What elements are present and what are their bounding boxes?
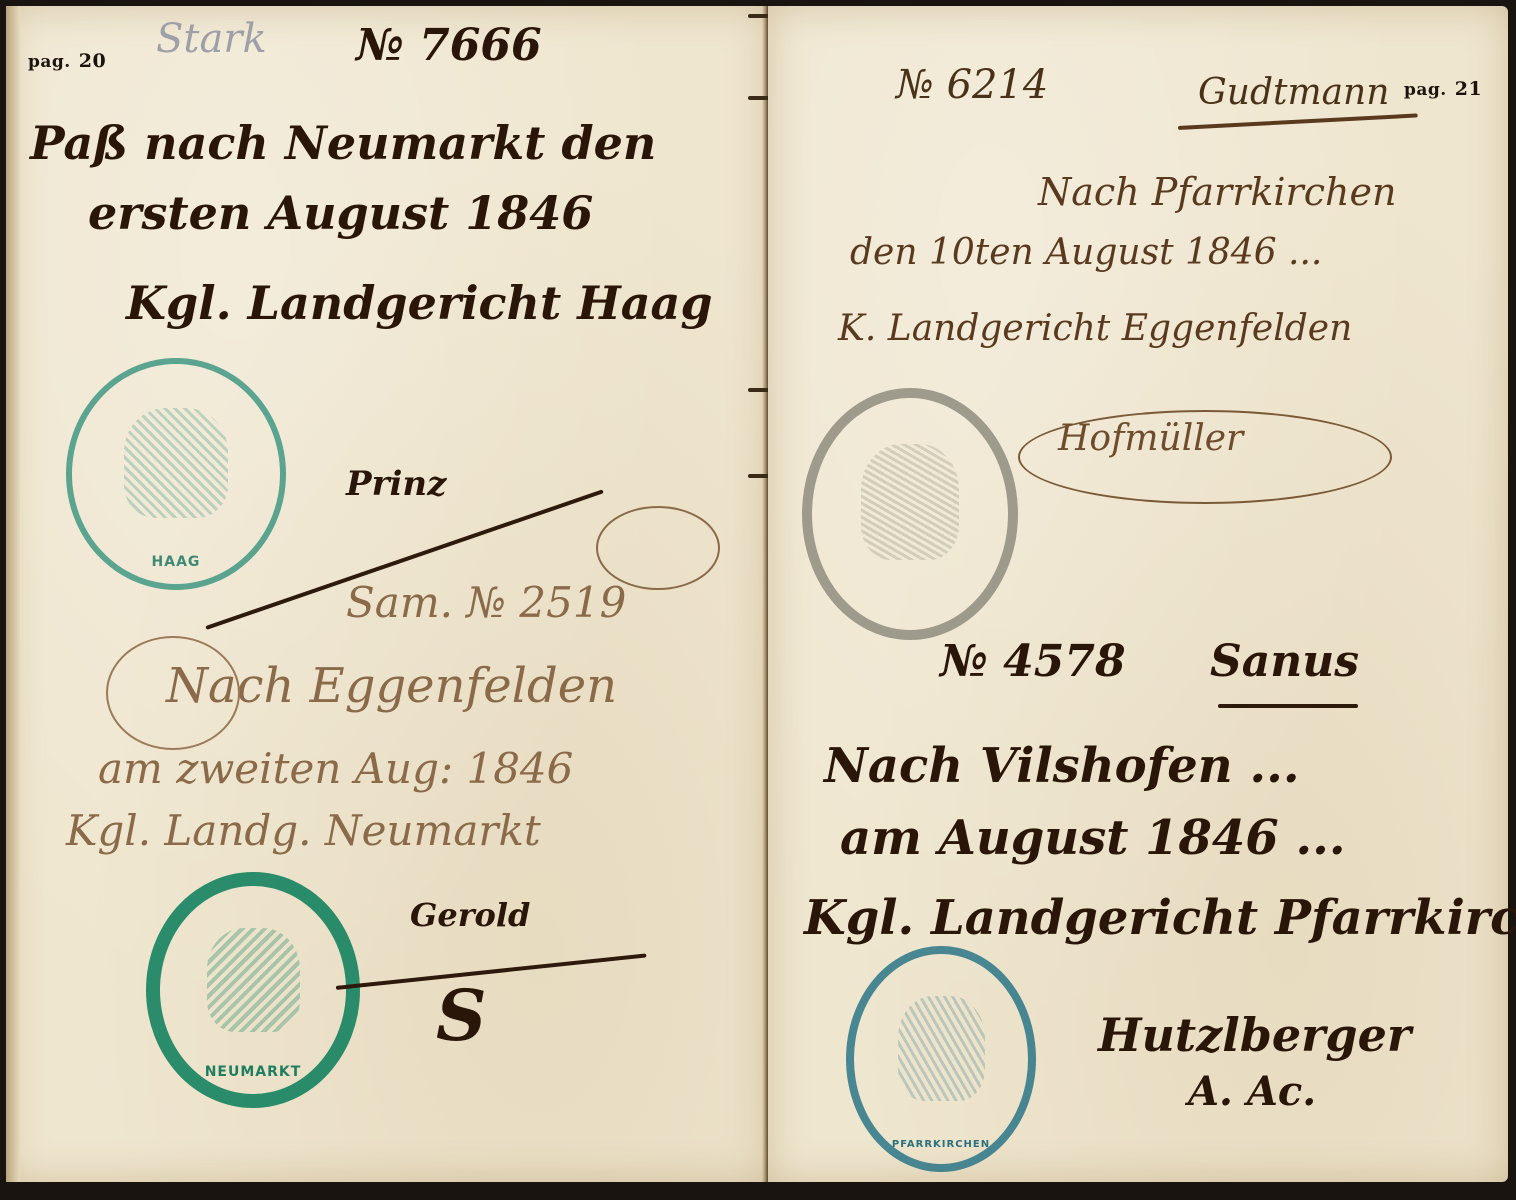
signature: Prinz [346, 464, 446, 504]
signature: Hofmüller [1058, 418, 1243, 459]
stamp-place: PFARRKIRCHEN [892, 1139, 990, 1150]
signature-flourish [336, 953, 647, 990]
name-underline [1178, 113, 1418, 130]
page-number: 21 [1455, 78, 1482, 100]
right-page: pag.21 № 6214 Gudtmann Nach Pfarrkirchen… [768, 6, 1508, 1182]
stamp-place: NEUMARKT [205, 1064, 302, 1080]
official-stamp: NEUMARKT [146, 872, 360, 1108]
stamp-place: HAAG [152, 554, 201, 570]
name-underline [1218, 704, 1358, 708]
entry-number: № 4578 [940, 636, 1126, 687]
entry-line: den 10ten August 1846 ... [850, 232, 1322, 273]
pencil-note: Stark [156, 16, 267, 62]
page-label: pag. [1404, 80, 1447, 100]
signature: Gerold [410, 896, 530, 934]
decorative-flourish [106, 636, 240, 750]
entry-name: Sanus [1210, 636, 1359, 687]
entry-line: K. Landgericht Eggenfelden [838, 308, 1352, 349]
entry-line: Nach Pfarrkirchen [1038, 170, 1396, 214]
page-number-left: pag.20 [28, 50, 106, 72]
entry-line: Kgl. Landg. Neumarkt [66, 806, 541, 855]
official-stamp: PFARRKIRCHEN [846, 946, 1036, 1172]
entry-line: Kgl. Landgericht Haag [126, 276, 713, 330]
coat-of-arms-icon [207, 928, 300, 1032]
official-stamp: HAAG [66, 358, 286, 590]
entry-line: Paß nach Neumarkt den [30, 116, 656, 170]
entry-line: ersten August 1846 [88, 186, 593, 240]
entry-line: Kgl. Landgericht Pfarrkirchen [804, 890, 1516, 946]
page-number: 20 [79, 50, 106, 72]
signature: Hutzlberger [1098, 1008, 1411, 1062]
coat-of-arms-icon [861, 444, 959, 560]
page-number-right: pag.21 [1404, 78, 1482, 100]
booklet-spread: pag.20 Stark № 7666 Paß nach Neumarkt de… [0, 0, 1516, 1200]
entry-number: Sam. № 2519 [346, 578, 626, 627]
entry-line: am August 1846 ... [840, 810, 1346, 866]
entry-number: № 7666 [356, 20, 542, 71]
signature-paraph: S [436, 974, 487, 1057]
page-label: pag. [28, 52, 71, 72]
entry-number: № 6214 [896, 62, 1048, 108]
coat-of-arms-icon [124, 408, 228, 518]
entry-line: Nach Vilshofen ... [824, 738, 1300, 794]
official-stamp [802, 388, 1018, 640]
entry-name: Gudtmann [1198, 72, 1389, 113]
left-page: pag.20 Stark № 7666 Paß nach Neumarkt de… [6, 6, 768, 1182]
coat-of-arms-icon [898, 996, 985, 1101]
signature-suffix: A. Ac. [1188, 1068, 1316, 1115]
entry-line: am zweiten Aug: 1846 [98, 744, 573, 793]
